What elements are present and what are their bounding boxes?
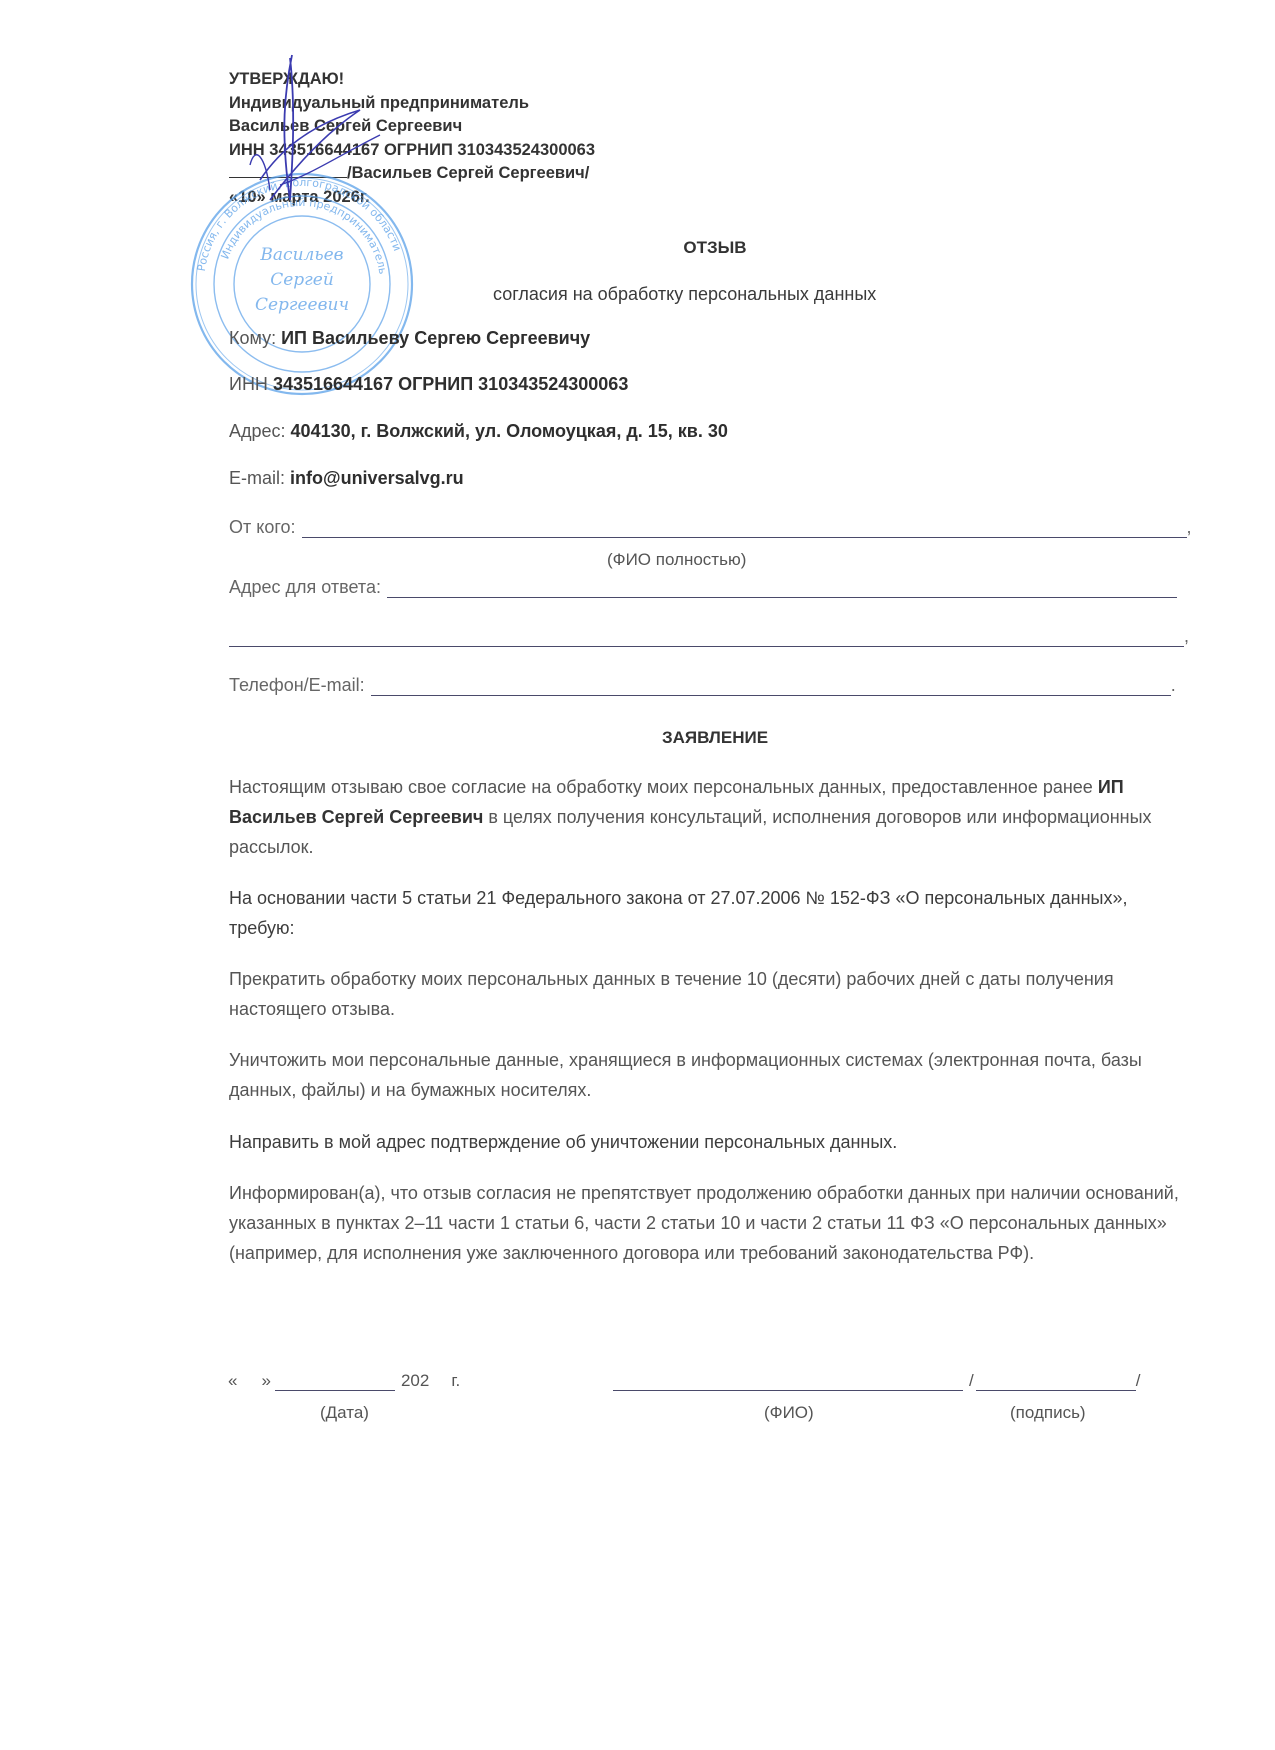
- statement-paragraph-2: На основании части 5 статьи 21 Федеральн…: [229, 883, 1179, 943]
- statement-paragraph-3: Прекратить обработку моих персональных д…: [229, 964, 1179, 1024]
- statement-paragraph-5: Направить в мой адрес подтверждение об у…: [229, 1127, 1179, 1157]
- stamp-center-line2: Сергей: [270, 270, 334, 290]
- reply-address-label: Адрес для ответа:: [229, 577, 381, 598]
- fio-signature-field: / /: [613, 1371, 1140, 1391]
- address-value: 404130, г. Волжский, ул. Оломоуцкая, д. …: [291, 421, 728, 441]
- statement-paragraph-6: Информирован(а), что отзыв согласия не п…: [229, 1178, 1179, 1268]
- signature-blank: [229, 163, 347, 178]
- to-label: Кому:: [229, 328, 276, 348]
- reply-address-input-line-2[interactable]: [229, 630, 1184, 647]
- document-title: ОТЗЫВ: [0, 238, 1275, 258]
- email-label: E-mail:: [229, 468, 285, 488]
- approval-signature-line: /Васильев Сергей Сергеевич/: [229, 162, 595, 186]
- approval-block: УТВЕРЖДАЮ! Индивидуальный предпринимател…: [229, 68, 595, 209]
- recipient-inn: ИНН 343516644167 ОГРНИП 310343524300063: [229, 374, 628, 395]
- approval-heading: УТВЕРЖДАЮ!: [229, 68, 595, 92]
- statement-paragraph-4: Уничтожить мои персональные данные, хран…: [229, 1045, 1179, 1105]
- phone-email-label: Телефон/E-mail:: [229, 675, 365, 696]
- date-field: « » 202 г.: [228, 1371, 460, 1391]
- date-input-line[interactable]: [275, 1374, 395, 1391]
- from-field: От кого: ,: [229, 517, 1192, 538]
- approval-date: «10» марта 2026г.: [229, 186, 595, 210]
- recipient-to: Кому: ИП Васильеву Сергею Сергеевичу: [229, 328, 590, 349]
- approval-ids: ИНН 343516644167 ОГРНИП 310343524300063: [229, 139, 595, 163]
- from-hint: (ФИО полностью): [607, 550, 746, 570]
- inn-value: 343516644167 ОГРНИП 310343524300063: [273, 374, 628, 394]
- signature-hint: (подпись): [1010, 1403, 1086, 1423]
- to-value: ИП Васильеву Сергею Сергеевичу: [281, 328, 590, 348]
- phone-email-input-line[interactable]: [371, 679, 1171, 696]
- recipient-email: E-mail: info@universalvg.ru: [229, 468, 464, 489]
- from-input-line[interactable]: [302, 521, 1187, 538]
- recipient-address: Адрес: 404130, г. Волжский, ул. Оломоуцк…: [229, 421, 728, 442]
- reply-address-field: Адрес для ответа:: [229, 577, 1177, 598]
- from-label: От кого:: [229, 517, 296, 538]
- document-page: УТВЕРЖДАЮ! Индивидуальный предпринимател…: [0, 0, 1275, 1750]
- approval-signature-name: /Васильев Сергей Сергеевич/: [347, 164, 589, 182]
- reply-address-line2: ,: [229, 626, 1189, 647]
- fio-hint: (ФИО): [764, 1403, 814, 1423]
- date-hint: (Дата): [320, 1403, 369, 1423]
- document-subtitle: согласия на обработку персональных данны…: [493, 284, 876, 305]
- address-label: Адрес:: [229, 421, 286, 441]
- stamp-center-line3: Сергеевич: [255, 295, 349, 315]
- approval-name: Васильев Сергей Сергеевич: [229, 115, 595, 139]
- phone-email-field: Телефон/E-mail: .: [229, 675, 1176, 696]
- reply-address-input-line[interactable]: [387, 581, 1177, 598]
- signature-input-line[interactable]: [976, 1374, 1136, 1391]
- fio-input-line[interactable]: [613, 1374, 963, 1391]
- email-value: info@universalvg.ru: [290, 468, 464, 488]
- statement-title: ЗАЯВЛЕНИЕ: [0, 728, 1275, 748]
- statement-paragraph-1: Настоящим отзываю свое согласие на обраб…: [229, 772, 1179, 862]
- approval-role: Индивидуальный предприниматель: [229, 92, 595, 116]
- inn-label: ИНН: [229, 374, 268, 394]
